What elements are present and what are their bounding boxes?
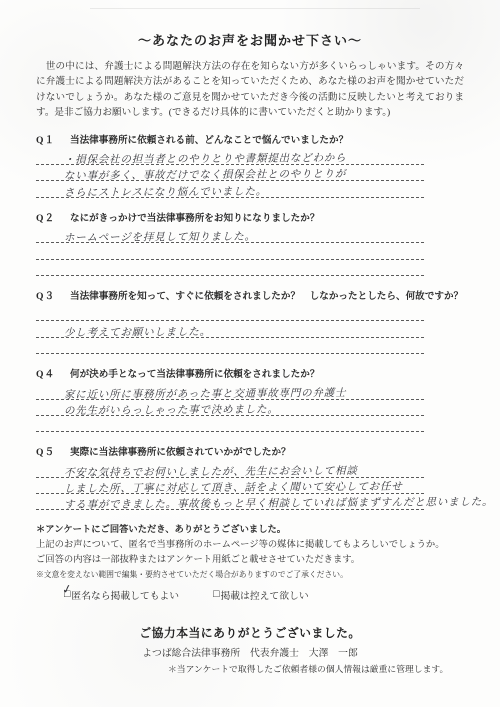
questions-section: Q１ 当法律事務所に依頼される前、どんなことで悩んでいましたか？ ・損保会社の担… — [36, 133, 464, 511]
consent-options: □ ✓ 匿名なら掲載してもよい □ 掲載は控えて欲しい — [64, 588, 464, 602]
handwritten-answer: する事ができました。事故後もっと早く相談していれば悩まずすんだと思いました。 — [64, 494, 494, 512]
question-label: Q４ — [36, 367, 70, 382]
question-block: Q３ 当法律事務所を知って、すぐに依頼をされましたか？ しなかったとしたら、何故… — [36, 289, 464, 354]
question-label: Q５ — [36, 445, 70, 460]
scan-artifact-line — [90, 8, 420, 9]
question-text: 当法律事務所を知って、すぐに依頼をされましたか？ しなかったとしたら、何故ですか… — [70, 289, 464, 304]
question-block: Q１ 当法律事務所に依頼される前、どんなことで悩んでいましたか？ ・損保会社の担… — [36, 133, 464, 198]
answer-line: 不安な気持ちでお伺いしましたが、先生にお会いして相談 — [36, 461, 424, 477]
question-block: Q４ 何が決め手となって当法律事務所に依頼をされましたか？ 家に近い所に事務所が… — [36, 367, 464, 432]
privacy-note: ＊当アンケートで取得したご依頼者様の個人情報は厳重に管理します。 — [168, 662, 464, 675]
answer-line: ない事が多く、事故だけでなく損保会社とのやりとりが — [36, 165, 424, 181]
intro-paragraph: 世の中には、弁護士による問題解決方法の存在を知らない方が多くいらっしゃいます。そ… — [36, 59, 464, 121]
consent-option: □ 掲載は控えて欲しい — [213, 588, 309, 602]
publish-permission-text-1: 上記のお声について、匿名で当事務所のホームページ等の媒体に掲載してもよろしいでし… — [36, 538, 464, 553]
question-text: 実際に当法律事務所に依頼されていかがでしたか？ — [70, 445, 464, 460]
answer-lines: 家に近い所に事務所があった事と交通事故専門の弁護士の先生がいらっしゃった事で決め… — [36, 383, 464, 432]
consent-label: 匿名なら掲載してもよい — [71, 588, 179, 602]
survey-thanks-note: ＊アンケートにご回答いただき、ありがとうございました。 — [36, 523, 464, 538]
answer-line: ホームページを拝見して知りました。 — [36, 227, 424, 243]
question-label: Q３ — [36, 289, 70, 304]
question-block: Q５ 実際に当法律事務所に依頼されていかがでしたか？ 不安な気持ちでお伺いしまし… — [36, 445, 464, 510]
answer-line — [36, 243, 424, 259]
answer-lines: ホームページを拝見して知りました。 — [36, 227, 464, 276]
checkmark-icon: ✓ — [61, 581, 74, 597]
question-text: なにがきっかけで当法律事務所をお知りになりましたか？ — [70, 211, 464, 226]
answer-lines: 不安な気持ちでお伺いしましたが、先生にお会いして相談しました所、丁寧に対応して頂… — [36, 461, 464, 510]
consent-label: 掲載は控えて欲しい — [220, 588, 308, 602]
question-label: Q２ — [36, 211, 70, 226]
question-text: 当法律事務所に依頼される前、どんなことで悩んでいましたか？ — [70, 133, 464, 148]
answer-line: する事ができました。事故後もっと早く相談していれば悩まずすんだと思いました。 — [36, 494, 424, 510]
checkbox-icon: □ — [213, 590, 219, 600]
answer-line — [36, 305, 424, 321]
answer-line: さらにストレスになり悩んでいました。 — [36, 181, 424, 197]
answer-line: の先生がいらっしゃった事で決めました。 — [36, 400, 424, 416]
question-text: 何が決め手となって当法律事務所に依頼をされましたか？ — [70, 367, 464, 382]
question-label: Q１ — [36, 133, 70, 148]
handwritten-answer: さらにストレスになり悩んでいました。 — [64, 183, 267, 199]
question-block: Q２ なにがきっかけで当法律事務所をお知りになりましたか？ ホームページを拝見し… — [36, 211, 464, 276]
publish-permission-text-2: ご回答の内容は一部抜粋またはアンケート用紙ごと載せさせていただきます。 — [36, 553, 464, 568]
page-title: ～あなたのお声をお聞かせ下さい～ — [36, 30, 464, 49]
closing-thanks: ご協力本当にありがとうございました。 — [36, 624, 464, 641]
scanned-survey-page: ～あなたのお声をお聞かせ下さい～ 世の中には、弁護士による問題解決方法の存在を知… — [0, 0, 500, 707]
answer-line: 少し考えてお願いしました。 — [36, 321, 424, 337]
answer-line: ・損保会社の担当者とのやりとりや書類提出などわから — [36, 149, 424, 165]
answer-lines: 少し考えてお願いしました。 — [36, 305, 464, 354]
edit-note: ※文意を変えない範囲で編集・要約させていただく場合がありますのでご了承ください。 — [36, 569, 464, 580]
answer-line — [36, 260, 424, 276]
answer-line — [36, 338, 424, 354]
answer-line — [36, 416, 424, 432]
consent-option: □ ✓ 匿名なら掲載してもよい — [64, 588, 179, 602]
answer-line: しました所、丁寧に対応して頂き、話をよく聞いて安心してお任せ — [36, 478, 424, 494]
answer-line: 家に近い所に事務所があった事と交通事故専門の弁護士 — [36, 383, 424, 399]
office-signature: よつば総合法律事務所 代表弁護士 大澤 一郎 — [36, 645, 464, 659]
answer-lines: ・損保会社の担当者とのやりとりや書類提出などわからない事が多く、事故だけでなく損… — [36, 149, 464, 198]
